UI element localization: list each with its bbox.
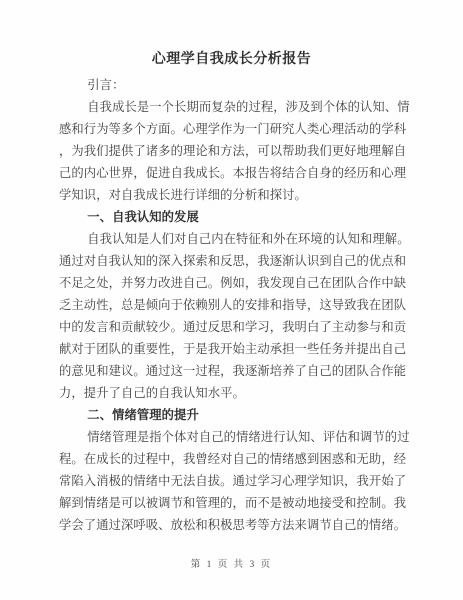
intro-label: 引言： (59, 74, 407, 96)
text-line: 力，提升了自己的自我认知水平。 (59, 382, 407, 404)
text-line: 献对于团队的重要性，于是我开始主动承担一些任务并提出自己 (59, 338, 407, 360)
text-line: 不足之处，并努力改进自己。例如，我发现自己在团队合作中缺 (59, 272, 407, 294)
text-line: 解到情绪是可以被调节和管理的，而不是被动地接受和控制。我 (59, 492, 407, 514)
document-page: 心理学自我成长分析报告 引言： 自我成长是一个长期而复杂的过程，涉及到个体的认知… (0, 0, 463, 600)
text-line: 学知识，对自我成长进行详细的分析和探讨。 (59, 184, 407, 206)
text-line: ，为我们提供了诸多的理论和方法，可以帮助我们更好地理解自 (59, 140, 407, 162)
text-line: 乏主动性，总是倾向于依赖别人的安排和指导，这导致我在团队 (59, 294, 407, 316)
text-line: 的意见和建议。通过这一过程，我逐渐培养了自己的团队合作能 (59, 360, 407, 382)
text-line: 己的内心世界，促进自我成长。本报告将结合自身的经历和心理 (59, 162, 407, 184)
section-heading-1: 一、自我认知的发展 (59, 206, 407, 228)
text-line: 常陷入消极的情绪中无法自拔。通过学习心理学知识，我开始了 (59, 470, 407, 492)
text-line: 学会了通过深呼吸、放松和积极思考等方法来调节自己的情绪。 (59, 514, 407, 536)
text-line: 感和行为等多个方面。心理学作为一门研究人类心理活动的学科 (59, 118, 407, 140)
text-line: 情绪管理是指个体对自己的情绪进行认知、评估和调节的过 (59, 426, 407, 448)
page-number-indicator: 第 1 页 共 3 页 (0, 556, 463, 574)
text-line: 自我成长是一个长期而复杂的过程，涉及到个体的认知、情 (59, 96, 407, 118)
document-body: 引言： 自我成长是一个长期而复杂的过程，涉及到个体的认知、情 感和行为等多个方面… (0, 74, 463, 536)
text-line: 通过对自我认知的深入探索和反思，我逐渐认识到自己的优点和 (59, 250, 407, 272)
text-line: 中的发言和贡献较少。通过反思和学习，我明白了主动参与和贡 (59, 316, 407, 338)
section-heading-2: 二、情绪管理的提升 (59, 404, 407, 426)
text-line: 程。在成长的过程中，我曾经对自己的情绪感到困惑和无助，经 (59, 448, 407, 470)
text-line: 自我认知是人们对自己内在特征和外在环境的认知和理解。 (59, 228, 407, 250)
document-title: 心理学自我成长分析报告 (0, 50, 463, 70)
